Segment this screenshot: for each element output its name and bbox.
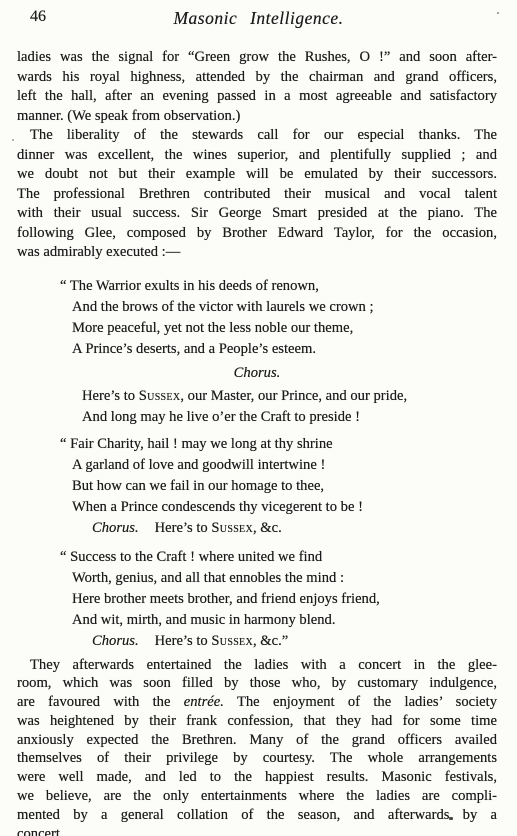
text-line: room, which was soon filled by those who… bbox=[17, 674, 497, 693]
text-segment: Here’s to bbox=[82, 388, 139, 404]
text-line: following Glee, composed by Brother Edwa… bbox=[17, 224, 497, 244]
smallcaps-word: Sussex bbox=[211, 633, 253, 649]
text-line: The professional Brethren contributed th… bbox=[17, 185, 497, 205]
verse-line: “ Success to the Craft ! where united we… bbox=[72, 547, 497, 568]
page-header: 46 Masonic Intelligence. bbox=[0, 0, 517, 38]
verse-line: Here brother meets brother, and friend e… bbox=[72, 589, 497, 610]
text-line: wards his royal highness, attended by th… bbox=[17, 68, 497, 88]
glee-chorus: Here’s to Sussex, our Master, our Prince… bbox=[82, 386, 497, 428]
paragraph-3: They afterwards entertained the ladies w… bbox=[17, 656, 497, 836]
text-line: The liberality of the stewards call for … bbox=[17, 126, 497, 146]
chorus-word: Chorus. bbox=[92, 520, 139, 536]
text-line: concert. bbox=[17, 825, 497, 836]
text-segment: are favoured with the bbox=[17, 694, 184, 710]
text-line: we doubt not but their example will be e… bbox=[17, 165, 497, 185]
smallcaps-word: Sussex bbox=[139, 388, 181, 404]
verse-line: Here’s to Sussex, our Master, our Prince… bbox=[82, 386, 497, 407]
text-line: were well made, and led to the happiest … bbox=[17, 768, 497, 787]
verse-line: “ The Warrior exults in his deeds of ren… bbox=[72, 276, 497, 297]
chorus-reference-line: Chorus.Here’s to Sussex, &c. bbox=[92, 518, 497, 539]
verse-line: And long may he live o’er the Craft to p… bbox=[82, 407, 497, 428]
verse-line: And the brows of the victor with laurels… bbox=[72, 297, 497, 318]
verse-line: A garland of love and goodwill intertwin… bbox=[72, 455, 497, 476]
paragraph-1: ladies was the signal for “Green grow th… bbox=[17, 48, 497, 126]
text-line: was admirably executed :— bbox=[17, 243, 497, 263]
text-segment: Here’s to bbox=[155, 520, 212, 536]
scan-speck bbox=[12, 139, 14, 141]
verse-line: When a Prince condescends thy vicegerent… bbox=[72, 497, 497, 518]
text-line: are favoured with the entrée. The enjoym… bbox=[17, 693, 497, 712]
verse-line: A Prince’s deserts, and a People’s estee… bbox=[72, 339, 497, 360]
verse-line: But how can we fail in our homage to the… bbox=[72, 476, 497, 497]
text-line: mented by a general collation of the sea… bbox=[17, 806, 497, 825]
text-line: manner. (We speak from observation.) bbox=[17, 107, 497, 127]
paragraph-2: The liberality of the stewards call for … bbox=[17, 126, 497, 263]
chorus-reference-line: Chorus.Here’s to Sussex, &c.” bbox=[92, 631, 497, 652]
text-line: we believe, are the only entertainments … bbox=[17, 787, 497, 806]
chorus-heading: Chorus. bbox=[17, 363, 497, 384]
text-line: anxiously expected the Brethren. Many of… bbox=[17, 731, 497, 750]
glee-text: “ The Warrior exults in his deeds of ren… bbox=[17, 276, 497, 652]
verse-line: “ Fair Charity, hail ! may we long at th… bbox=[72, 434, 497, 455]
running-title: Masonic Intelligence. bbox=[0, 8, 517, 29]
text-line: dinner was excellent, the wines superior… bbox=[17, 146, 497, 166]
page-number: 46 bbox=[30, 8, 46, 26]
text-segment: , &c.” bbox=[253, 633, 288, 649]
text-segment: Here’s to bbox=[155, 633, 212, 649]
scan-speck bbox=[449, 817, 453, 820]
glee-verse-1: “ The Warrior exults in his deeds of ren… bbox=[60, 276, 497, 360]
text-line: was heightened by their frank confession… bbox=[17, 712, 497, 731]
text-line: ladies was the signal for “Green grow th… bbox=[17, 48, 497, 68]
verse-line: Worth, genius, and all that ennobles the… bbox=[72, 568, 497, 589]
text-segment: The enjoyment of the ladies’ society bbox=[224, 694, 497, 710]
smallcaps-word: Sussex bbox=[211, 520, 253, 536]
glee-verse-3: “ Success to the Craft ! where united we… bbox=[60, 547, 497, 652]
chorus-word: Chorus. bbox=[92, 633, 139, 649]
text-line: themselves of their privilege by courtes… bbox=[17, 749, 497, 768]
text-segment: , our Master, our Prince, and our pride, bbox=[180, 388, 407, 404]
text-segment: , &c. bbox=[253, 520, 282, 536]
text-line: left the hall, after an evening passed i… bbox=[17, 87, 497, 107]
verse-line: And wit, mirth, and music in harmony ble… bbox=[72, 610, 497, 631]
verse-line: More peaceful, yet not the less noble ou… bbox=[72, 318, 497, 339]
text-line: They afterwards entertained the ladies w… bbox=[17, 656, 497, 675]
scan-speck bbox=[472, 816, 475, 818]
page-body: ladies was the signal for “Green grow th… bbox=[0, 38, 517, 836]
text-line: with their usual success. Sir George Sma… bbox=[17, 204, 497, 224]
book-page: 46 Masonic Intelligence. ladies was the … bbox=[0, 0, 517, 836]
glee-verse-2: “ Fair Charity, hail ! may we long at th… bbox=[60, 434, 497, 539]
italic-word: entrée. bbox=[184, 694, 224, 710]
